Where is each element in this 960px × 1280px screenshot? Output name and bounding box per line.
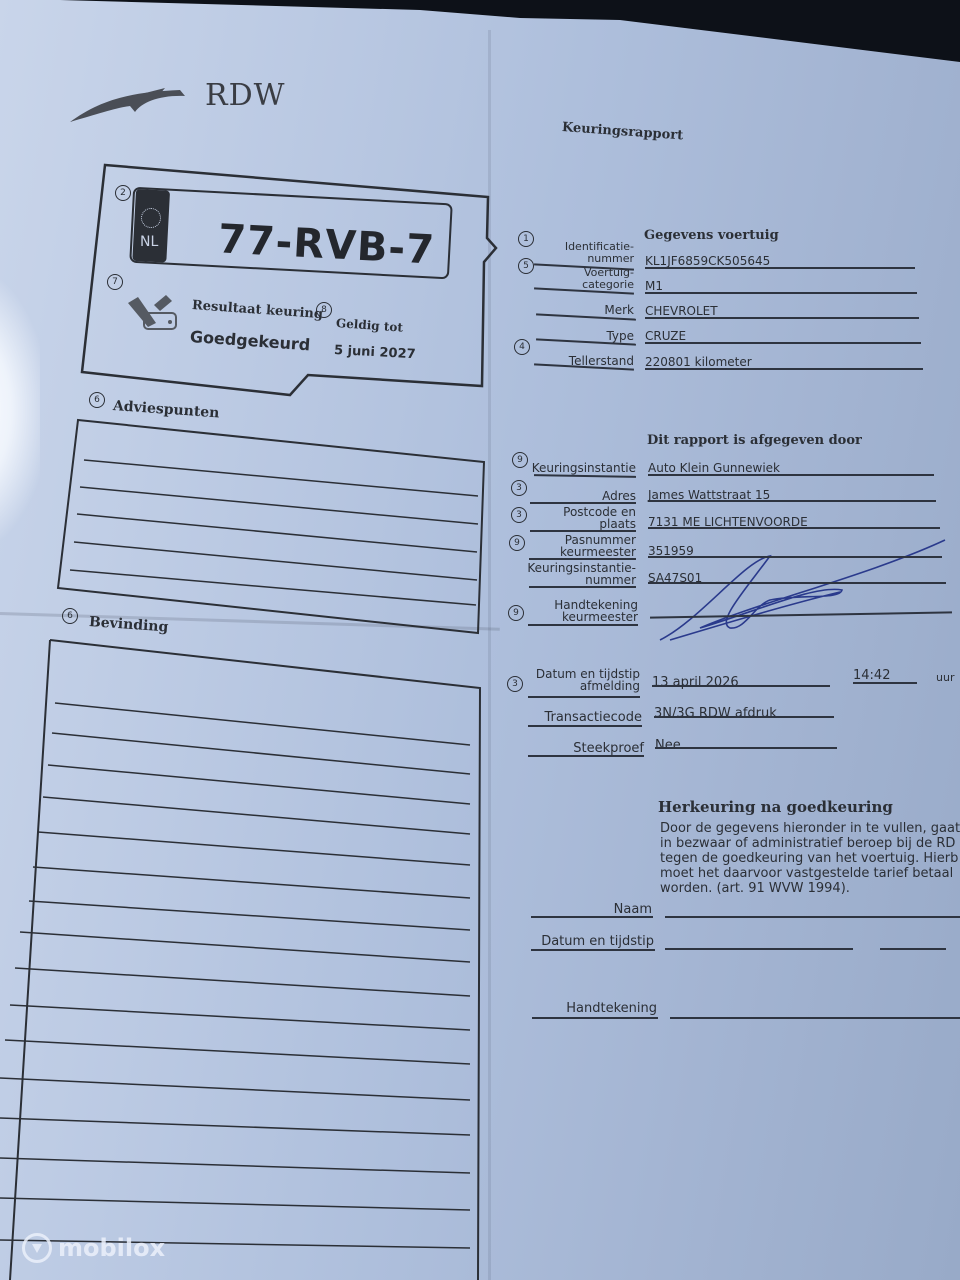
label-transactiecode: Transactiecode <box>520 706 642 726</box>
time-unit: uur <box>936 668 960 686</box>
marker-6-adviespunten: 6 <box>89 392 105 408</box>
naam-field[interactable] <box>665 898 960 918</box>
label-steekproef: Steekproef <box>520 737 644 757</box>
watermark: mobilox <box>22 1233 165 1263</box>
label-datum-tijdstip: Datum en tijdstip <box>530 930 654 950</box>
signature-keurmeester <box>660 555 950 645</box>
label-handtekening: Handtekening <box>530 997 657 1017</box>
label-naam: Naam <box>530 898 652 918</box>
marker-8: 8 <box>316 302 332 318</box>
label-postcode-plaats: Postcode en plaats <box>520 502 636 532</box>
label-keuringsinstantienummer: Keuringsinstantie- nummer <box>520 558 636 588</box>
label-keuringsinstantie: Keuringsinstantie <box>520 456 636 476</box>
datum-tijdstip-field[interactable] <box>665 930 853 950</box>
value-steekproef: Nee <box>655 735 835 755</box>
value-transactiecode: 3N/3G RDW afdruk <box>654 703 834 723</box>
handtekening-field[interactable] <box>670 997 960 1017</box>
eu-stars-icon <box>141 208 161 228</box>
mobilox-logo-icon <box>22 1233 52 1263</box>
label-datum-afmelding: Datum en tijdstip afmelding <box>520 664 640 694</box>
issuer-title: Dit rapport is afgegeven door <box>647 433 862 448</box>
marker-6-bevinding: 6 <box>62 608 78 624</box>
value-datum-afmelding: 13 april 2026 <box>652 672 832 692</box>
label-handtekening-keurmeester: Handtekening keurmeester <box>520 595 638 625</box>
label-pasnummer: Pasnummer keurmeester <box>520 530 636 560</box>
reinspection-text: Door de gegevens hieronder in te vullen,… <box>660 821 960 896</box>
tijdstip-field[interactable] <box>880 948 946 950</box>
marker-2: 2 <box>115 185 131 201</box>
marker-7: 7 <box>107 274 123 290</box>
watermark-text: mobilox <box>58 1234 165 1262</box>
vehicle-data-title: Gegevens voertuig <box>644 228 779 243</box>
plate-country: NL <box>140 234 158 250</box>
reinspection-title: Herkeuring na goedkeuring <box>658 798 893 816</box>
label-adres: Adres <box>520 484 636 504</box>
car-inspection-icon <box>126 293 182 335</box>
